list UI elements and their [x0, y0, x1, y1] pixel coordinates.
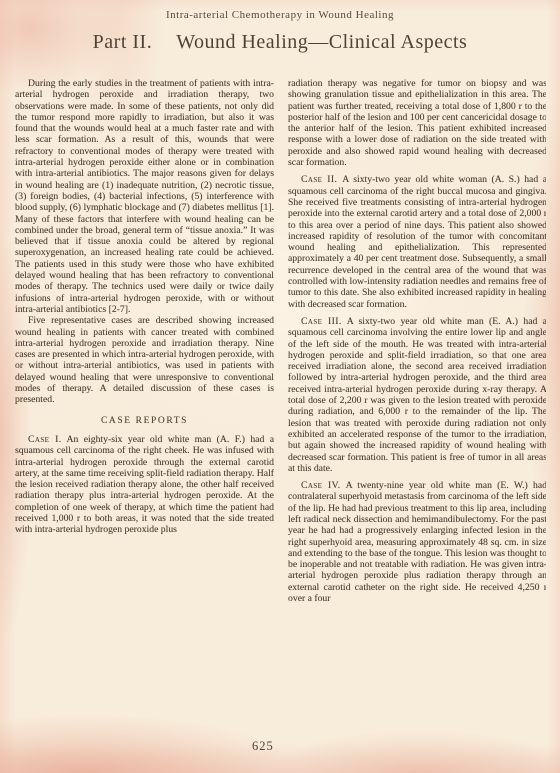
case-4-text: A twenty-nine year old white man (E. W.)… [288, 480, 546, 604]
case-reports-heading: CASE REPORTS [15, 416, 274, 427]
page-number: 625 [252, 739, 274, 754]
case-4-label: Case IV. [301, 480, 341, 491]
title-part-label: Part II. [93, 31, 153, 53]
title-main-label: Wound Healing—Clinical Aspects [176, 31, 467, 53]
case-1-label: Case I. [28, 434, 62, 445]
case-2-label: Case II. [301, 174, 337, 185]
column-right: radiation therapy was negative for tumor… [288, 78, 546, 770]
column-left: During the early studies in the treatmen… [15, 78, 274, 770]
page-title: Part II.Wound Healing—Clinical Aspects [0, 31, 560, 54]
case-3-text: A sixty-two year old white man (E. A.) h… [288, 316, 546, 474]
case-1-continuation-paragraph: radiation therapy was negative for tumor… [288, 78, 546, 168]
summary-paragraph: Five representative cases are described … [15, 315, 274, 405]
case-3-paragraph: Case III.A sixty-two year old white man … [288, 316, 546, 474]
intro-paragraph: During the early studies in the treatmen… [15, 78, 274, 315]
case-2-paragraph: Case II.A sixty-two year old white woman… [288, 174, 546, 310]
case-1-paragraph: Case I.An eighty-six year old white man … [15, 434, 274, 536]
running-head: Intra-arterial Chemotherapy in Wound Hea… [0, 9, 560, 21]
scanned-paper-page: Intra-arterial Chemotherapy in Wound Hea… [0, 0, 560, 773]
case-2-text: A sixty-two year old white woman (A. S.)… [288, 174, 546, 309]
two-column-body: During the early studies in the treatmen… [15, 78, 546, 770]
case-1-text: An eighty-six year old white man (A. F.)… [15, 434, 274, 535]
case-4-paragraph: Case IV.A twenty-nine year old white man… [288, 480, 546, 604]
case-3-label: Case III. [301, 316, 342, 327]
